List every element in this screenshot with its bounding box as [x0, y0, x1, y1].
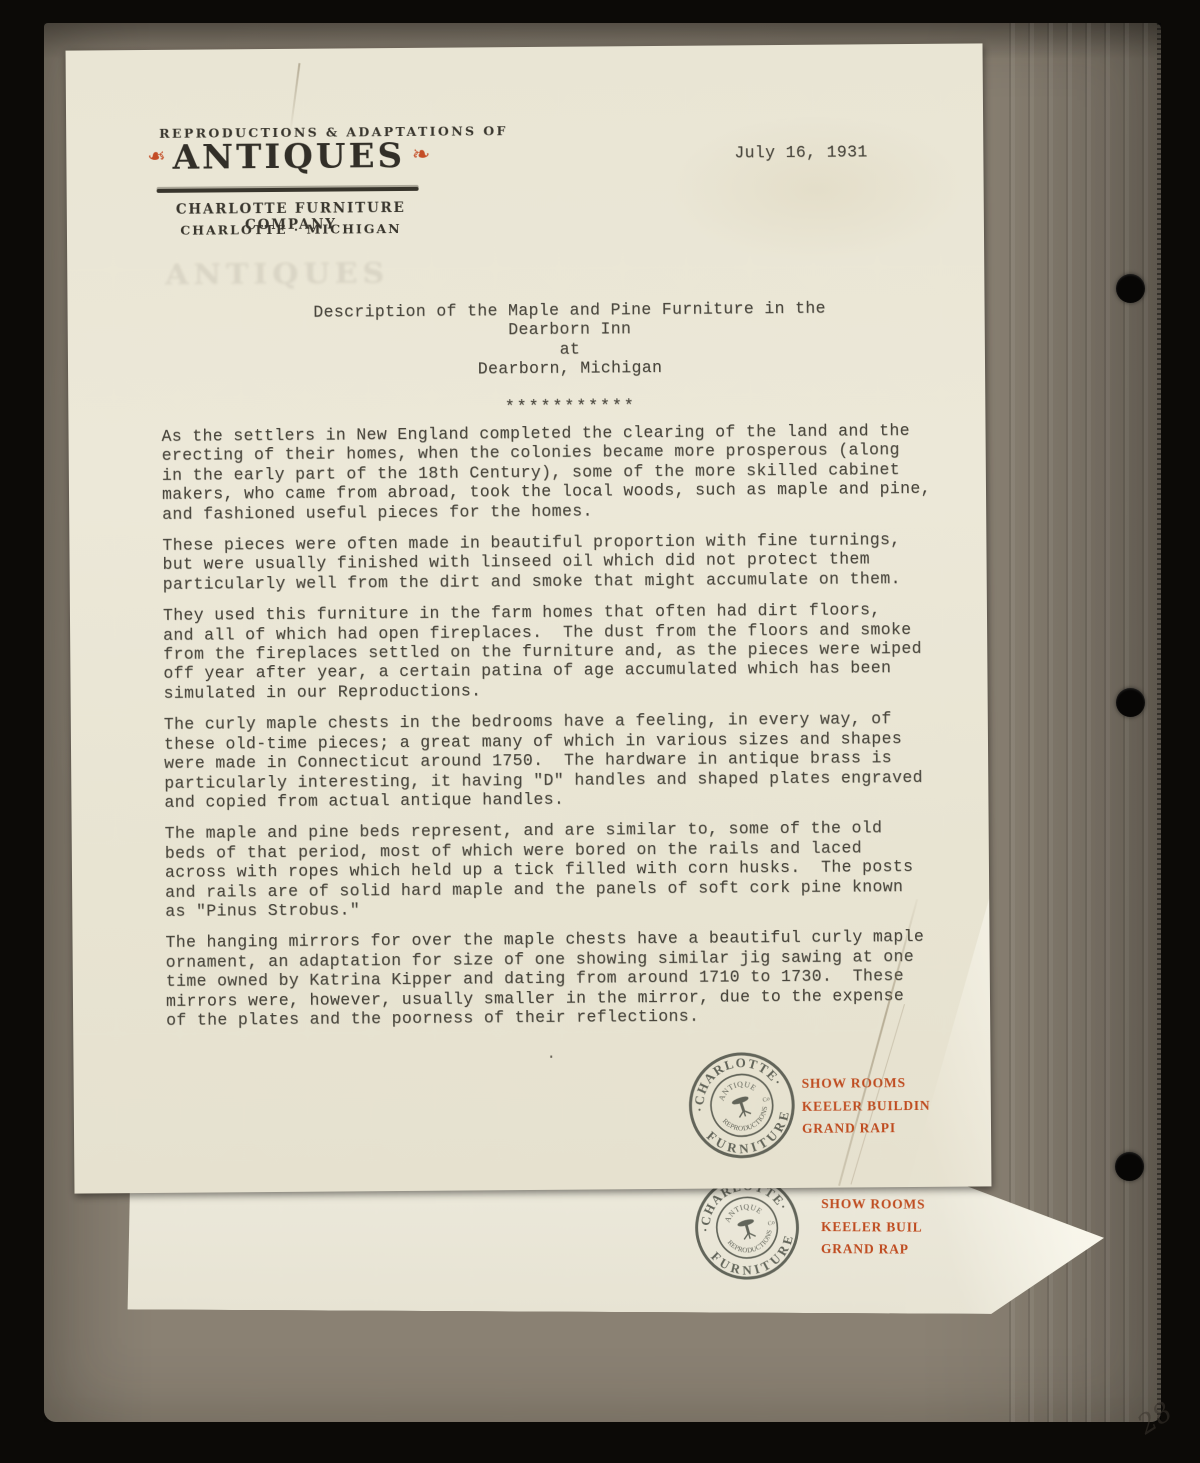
- letter-date: July 16, 1931: [734, 142, 867, 162]
- perforated-edge: [1157, 23, 1161, 1422]
- paragraph: These pieces were often made in beautifu…: [162, 530, 966, 595]
- paper-stain: [666, 114, 967, 266]
- company-location: CHARLOTTE · MICHIGAN: [160, 221, 422, 238]
- showrooms-line: KEELER BUIL: [821, 1216, 925, 1239]
- showrooms-line: GRAND RAP: [821, 1238, 925, 1261]
- crease-mark: [289, 63, 300, 133]
- letter-body: As the settlers in New England completed…: [161, 421, 970, 1043]
- showrooms-line: KEELER BUILDIN: [802, 1094, 931, 1118]
- stamp-co-text: Co: [767, 1220, 775, 1228]
- paragraph: The maple and pine beds represent, and a…: [165, 818, 970, 921]
- letter-title: Description of the Maple and Pine Furnit…: [180, 298, 961, 419]
- letterhead-brand: ❧ ANTIQUES ❧: [148, 136, 429, 178]
- paragraph: The hanging mirrors for over the maple c…: [165, 927, 970, 1030]
- brand-wordmark: ANTIQUES: [172, 136, 405, 178]
- paragraph: As the settlers in New England completed…: [161, 421, 966, 524]
- stray-mark: .: [546, 1045, 556, 1063]
- binder-hole: [1116, 274, 1145, 303]
- fleuron-icon-left: ❧: [148, 144, 164, 171]
- binder-hole: [1115, 1152, 1144, 1181]
- paragraph: The curly maple chests in the bedrooms h…: [164, 709, 969, 812]
- scanned-album-page: 28 ·CHARLOTTE· FURNITURE ANTIQUE REPRODU…: [0, 0, 1200, 1463]
- letter-sheet: REPRODUCTIONS & ADAPTATIONS OF ❧ ANTIQUE…: [66, 43, 992, 1193]
- paragraph: They used this furniture in the farm hom…: [163, 600, 968, 703]
- stamp-outer-top-text: ·CHARLOTTE·: [679, 1042, 787, 1116]
- charlotte-furniture-stamp-icon: ·CHARLOTTE· FURNITURE ANTIQUE REPRODUCTI…: [671, 1034, 813, 1176]
- stamp-outer-bottom-text: FURNITURE: [706, 1228, 805, 1289]
- table-icon: [738, 1219, 758, 1241]
- fleuron-icon-right: ❧: [413, 142, 429, 169]
- binder-hole: [1116, 688, 1145, 717]
- table-icon: [732, 1096, 753, 1119]
- bleed-through-ghost: ANTIQUES: [165, 257, 389, 291]
- letterhead-rule: [157, 187, 419, 193]
- showrooms-imprint: SHOW ROOMS KEELER BUIL GRAND RAP: [821, 1193, 926, 1261]
- showrooms-line: SHOW ROOMS: [821, 1193, 925, 1216]
- asterisk-divider: ***********: [180, 393, 960, 419]
- stamp-outer-bottom-text: FURNITURE: [701, 1103, 802, 1169]
- stamp-co-text: Co: [762, 1096, 771, 1104]
